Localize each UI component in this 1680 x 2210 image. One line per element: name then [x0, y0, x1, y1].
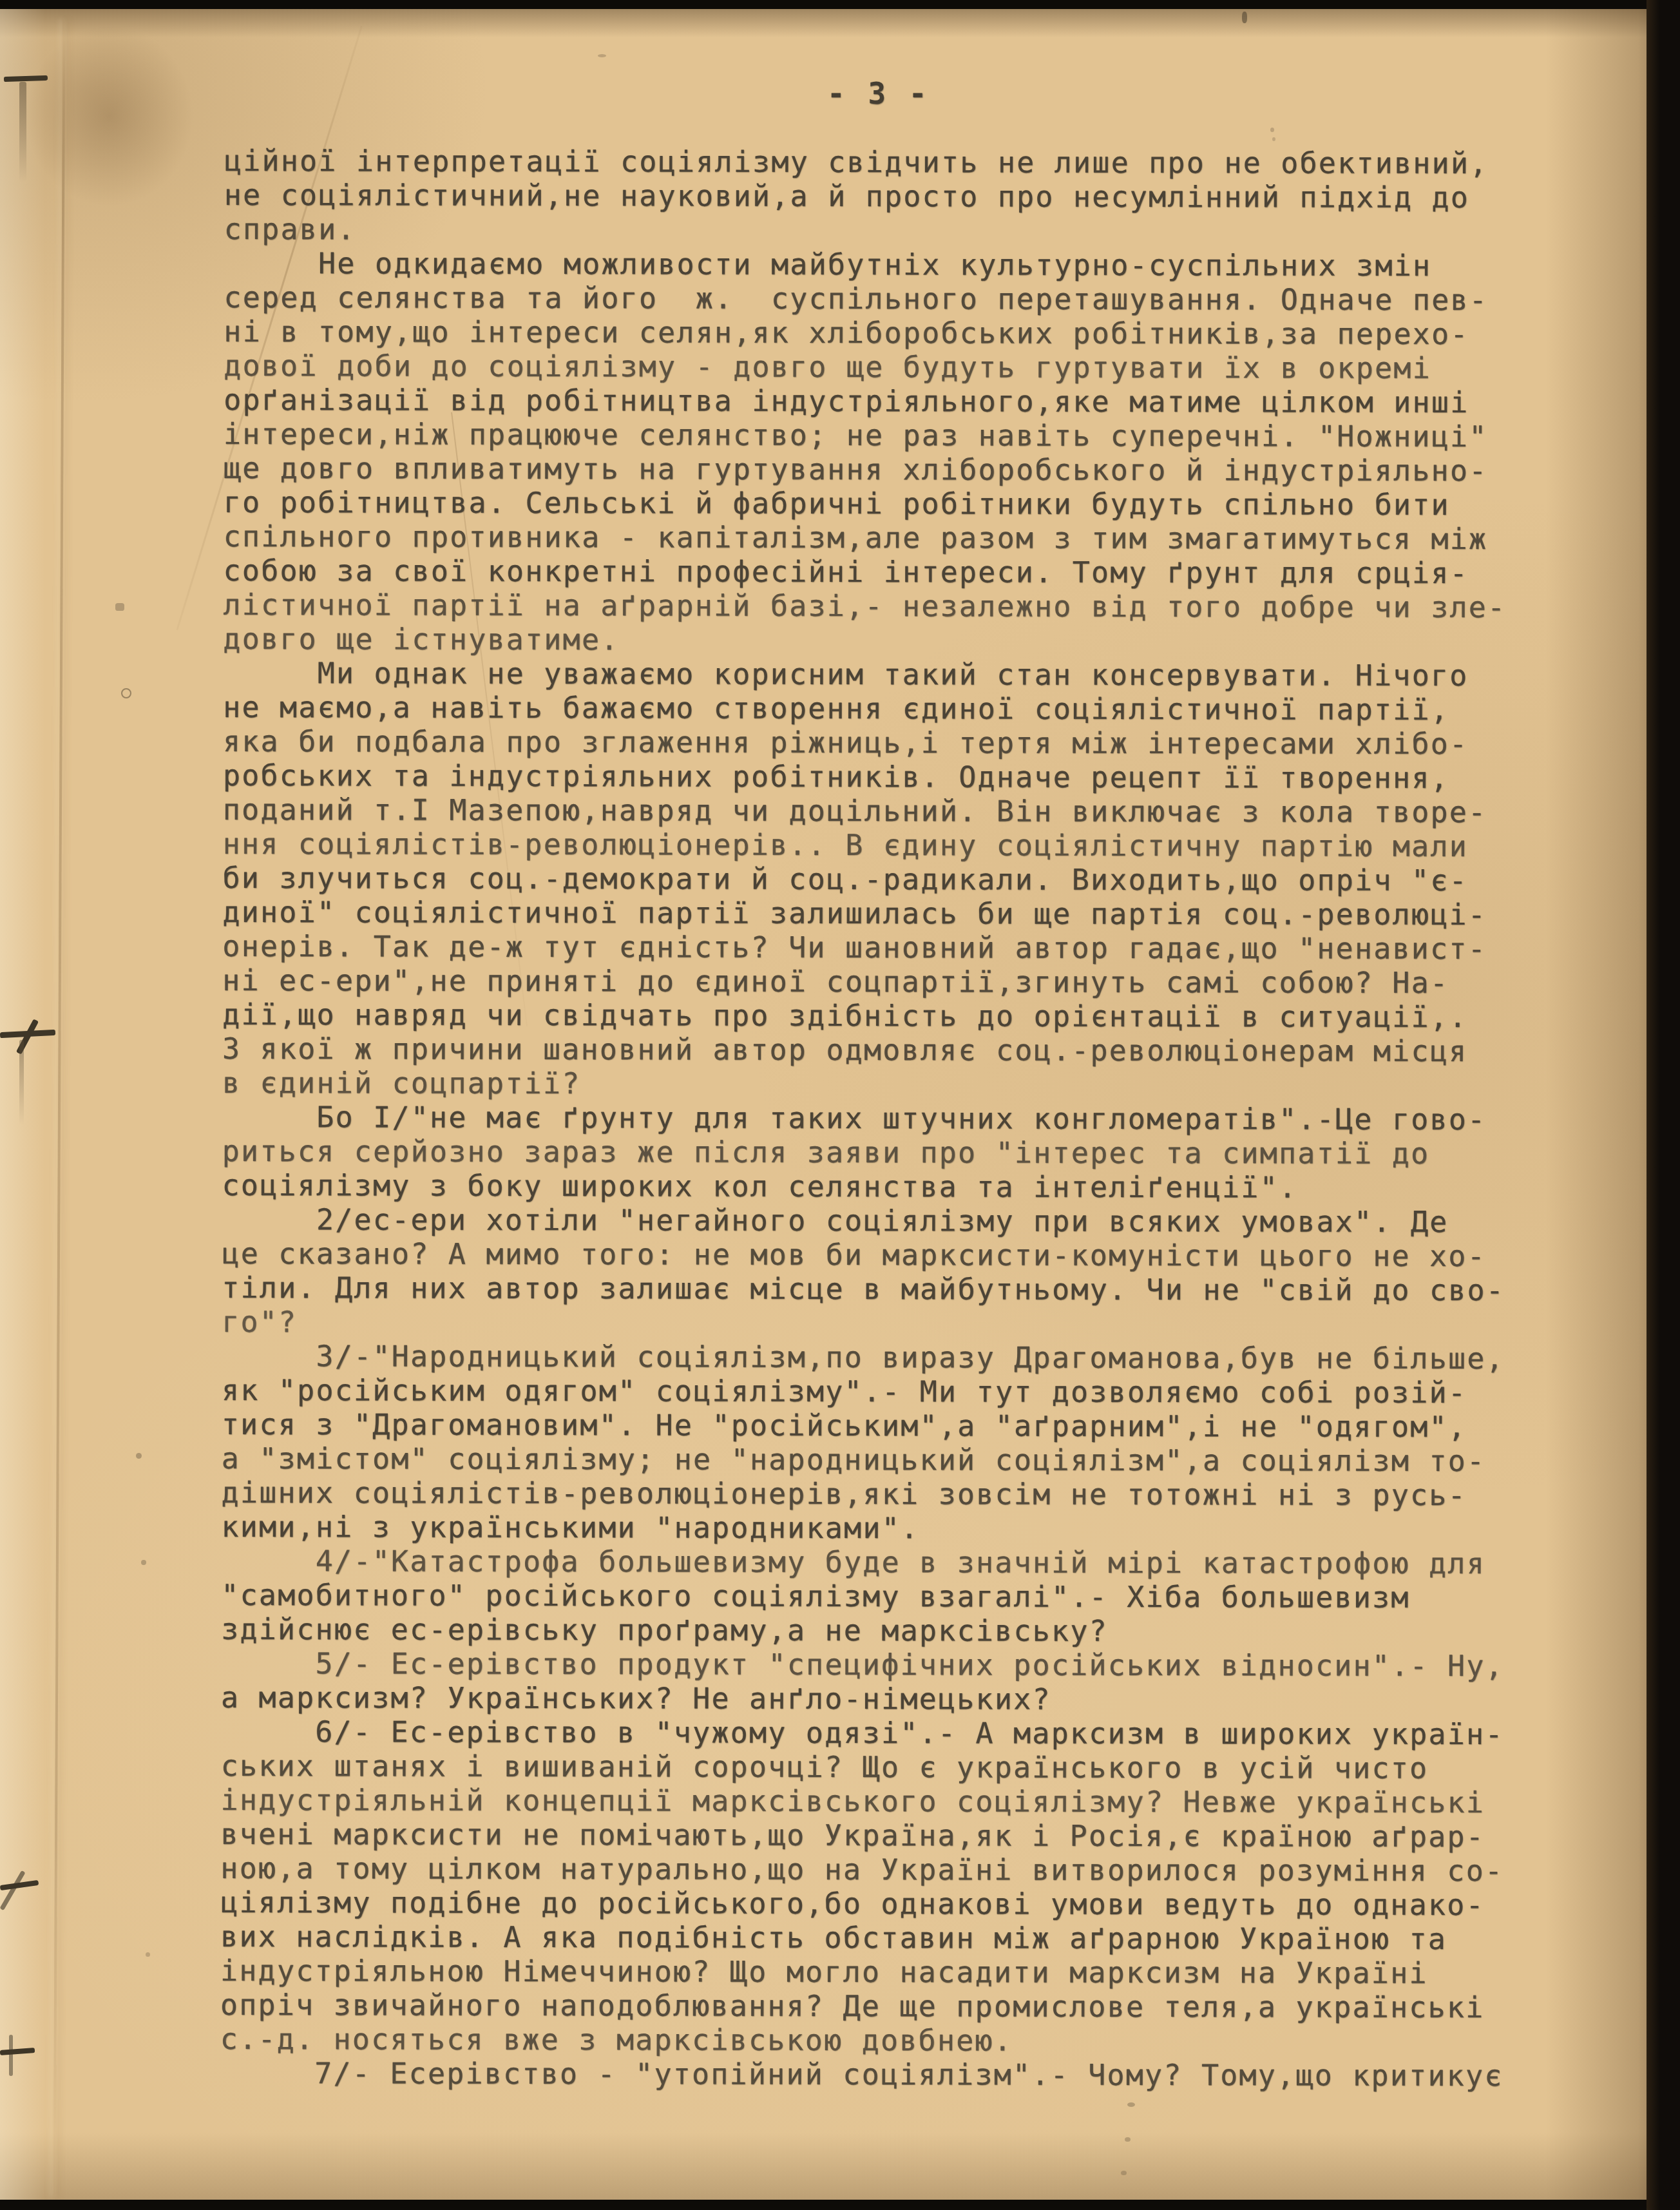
text-line: довго ще істнуватиме.	[223, 622, 1550, 658]
text-line: Не одкидаємо можливости майбутніх культу…	[224, 246, 1551, 283]
ink-speck	[115, 603, 124, 611]
typewritten-text: ційної інтерпретації соціялізму свідчить…	[220, 144, 1551, 2093]
text-line: 3/-"Народницький соціялізм,по виразу Дра…	[222, 1339, 1549, 1376]
text-line: З якої ж причини шановний автор одмовляє…	[222, 1032, 1549, 1068]
text-line: орґанізації від робітництва індустріяльн…	[224, 383, 1551, 419]
ink-speck	[1121, 2171, 1127, 2175]
text-line: кими,ні з українськими "народниками".	[221, 1510, 1548, 1546]
text-line: ських штанях і вишиваній сорочці? Що є у…	[221, 1749, 1548, 1785]
binding-stitch-mark	[0, 2048, 35, 2055]
text-line: дішних соціялістів-революціонерів,які зо…	[222, 1475, 1549, 1512]
text-line: дії,що навряд чи свідчать про здібність …	[222, 997, 1549, 1034]
text-line: тіли. Для них автор залишає місце в майб…	[222, 1271, 1549, 1307]
text-line: ні ес-ери",не приняті до єдиної соцпарті…	[222, 963, 1549, 1000]
binding-stitch-mark	[19, 82, 26, 182]
ink-speck	[1272, 137, 1275, 141]
text-line: дової доби до соціялізму - довго ще буду…	[224, 349, 1551, 385]
text-line: інтереси,ніж працююче селянство; не раз …	[224, 417, 1551, 454]
scan-edge-top	[0, 0, 1680, 9]
binding-stitch-mark	[0, 1870, 26, 1910]
text-line: 4/-"Катастрофа большевизму буде в значні…	[221, 1544, 1548, 1581]
scan-edge-bottom	[0, 2200, 1680, 2210]
text-line: онерів. Так де-ж тут єдність? Чи шановни…	[222, 929, 1549, 966]
text-line: справи.	[224, 212, 1551, 249]
text-line: би злучиться соц.-демократи й соц.-радик…	[223, 861, 1550, 898]
text-line: собою за свої конкретні професійні інтер…	[224, 553, 1551, 590]
page-number: - 3 -	[827, 76, 929, 111]
text-line: вчені марксисти не помічають,що Україна,…	[220, 1817, 1547, 1854]
ink-speck	[1125, 2137, 1131, 2142]
ink-speck	[598, 54, 606, 57]
ink-speck	[146, 1952, 150, 1957]
ink-speck	[136, 1453, 142, 1459]
text-line: Бо І/"не має ґрунту для таких штучних ко…	[222, 1100, 1549, 1137]
text-line: 5/- Ес-ерівство продукт "специфічних рос…	[221, 1646, 1548, 1683]
text-line: здійснює ес-ерівську проґраму,а не маркс…	[221, 1612, 1548, 1649]
text-line: робських та індустріяльних робітників. О…	[223, 758, 1550, 795]
text-line: Ми однак не уважаємо корисним такий стан…	[223, 656, 1550, 693]
text-line: "самобитного" російського соціялізму вза…	[221, 1578, 1548, 1615]
text-line: риться серйозно зараз же після заяви про…	[222, 1134, 1549, 1171]
text-line: ціялізму подібне до російського,бо однак…	[220, 1885, 1547, 1922]
ink-speck	[121, 688, 131, 698]
text-line: 2/ес-ери хотіли "негайного соціялізму пр…	[222, 1202, 1549, 1239]
text-line: вих наслідків. А яка подібність обставин…	[220, 1919, 1547, 1956]
text-line: це сказано? А мимо того: не мов би маркс…	[222, 1236, 1549, 1273]
scan-edge-right	[1647, 0, 1680, 2210]
text-line: ще довго впливатимуть на гуртування хліб…	[224, 451, 1551, 488]
text-line: серед селянства та його ж. суспільного п…	[224, 280, 1551, 317]
text-line: соціялізму з боку широких кол селянства …	[222, 1168, 1549, 1205]
text-line: яка би подбала про зглаження ріжниць,і т…	[223, 724, 1550, 761]
text-line: го робітництва. Сельські й фабричні робі…	[224, 485, 1551, 522]
scanned-page: - 3 - ційної інтерпретації соціялізму св…	[0, 0, 1680, 2210]
binding-stitch-mark	[9, 2035, 13, 2076]
text-line: не маємо,а навіть бажаємо створення єдин…	[223, 690, 1550, 727]
text-line: в єдиній соцпартії?	[222, 1066, 1549, 1102]
ink-speck	[141, 1560, 146, 1565]
text-line: ння соціялістів-революціонерів.. В єдину…	[223, 827, 1550, 863]
paper-stain	[26, 26, 193, 206]
text-line: го"?	[222, 1305, 1549, 1341]
ink-speck	[1127, 2102, 1135, 2107]
text-line: ною,а тому цілком натурально,що на Украї…	[220, 1851, 1547, 1888]
text-line: а "змістом" соціялізму; не "народницький…	[222, 1441, 1549, 1478]
text-line: індустріяльною Німеччиною? Що могло наса…	[220, 1954, 1547, 1990]
text-line: а марксизм? Українських? Не анґло-німець…	[221, 1680, 1548, 1717]
text-line: тися з "Драгомановим". Не "російським",а…	[222, 1407, 1549, 1444]
text-line: ні в тому,що інтереси селян,як хліборобс…	[224, 314, 1551, 351]
text-line: як "російським одягом" соціялізму".- Ми …	[222, 1373, 1549, 1410]
text-line: диної" соціялістичної партії залишилась …	[222, 895, 1549, 932]
text-line: індустріяльній концепції марксівського с…	[221, 1783, 1548, 1820]
text-line: не соціялістичний,не науковий,а й просто…	[224, 178, 1551, 215]
text-line: спільного противника - капіталізм,але ра…	[224, 519, 1551, 556]
paper-crease-vertical	[53, 19, 66, 2197]
text-line: 6/- Ес-ерівство в "чужому одязі".- А мар…	[221, 1715, 1548, 1751]
ink-speck	[1242, 12, 1247, 23]
ink-speck	[1270, 128, 1274, 132]
binding-stitch-mark	[19, 1040, 24, 1125]
text-line: поданий т.І Мазепою,навряд чи доцільний.…	[223, 793, 1550, 829]
text-line: опріч звичайного наподоблювання? Де ще п…	[220, 1988, 1547, 2024]
text-line: с.-д. носяться вже з марксівською довбне…	[220, 2022, 1547, 2059]
text-line: 7/- Есерівство - "утопійний соціялізм".-…	[220, 2056, 1547, 2093]
text-line: ційної інтерпретації соціялізму свідчить…	[224, 144, 1551, 180]
text-line: лістичної партії на аґрарній базі,- неза…	[223, 588, 1550, 624]
